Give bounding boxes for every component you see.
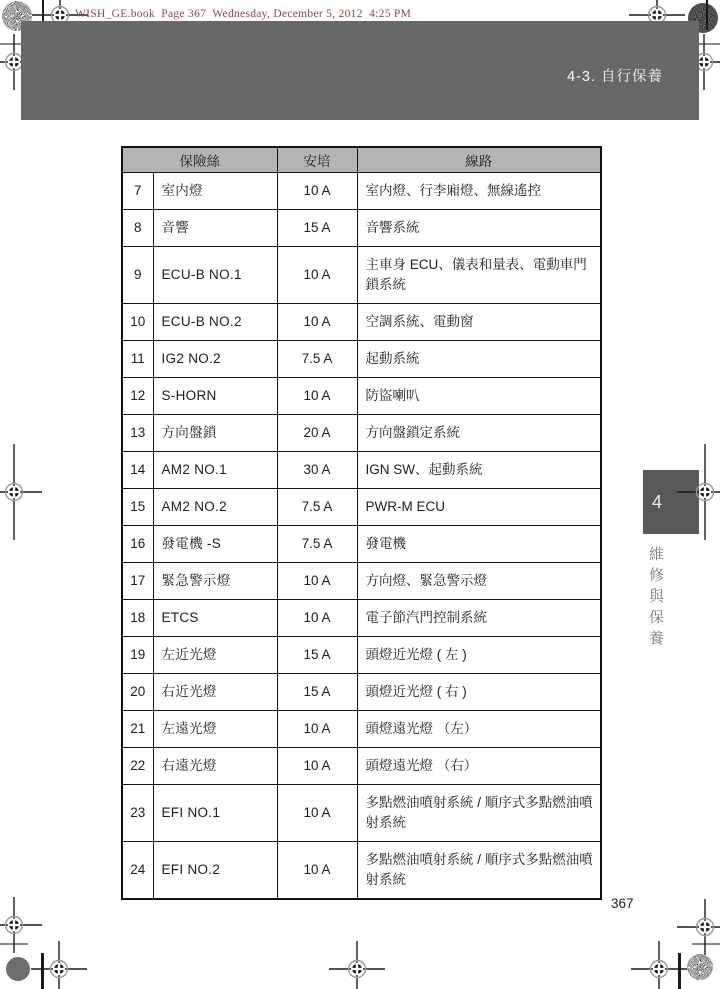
fuse-number: 20 [122, 673, 153, 710]
crosshair-registration-icon [329, 941, 385, 989]
fuse-name: 左近光燈 [153, 636, 277, 673]
fuse-name: 右遠光燈 [153, 747, 277, 784]
fuse-circuit: 室内燈、行李廂燈、無線遙控 [357, 172, 601, 209]
fuse-circuit: 空調系統、電動窗 [357, 303, 601, 340]
fuse-name: EFI NO.1 [153, 784, 277, 841]
print-header: WISH_GE.book Page 367 Wednesday, Decembe… [75, 8, 411, 20]
fuse-amperage: 10 A [277, 303, 357, 340]
fuse-circuit: 起動系統 [357, 340, 601, 377]
fuse-amperage: 10 A [277, 784, 357, 841]
fuse-amperage: 10 A [277, 246, 357, 303]
table-row: 22右遠光燈10 A頭燈遠光燈 （右） [122, 747, 601, 784]
column-header-amp: 安培 [277, 147, 357, 172]
fuse-number: 18 [122, 599, 153, 636]
fuse-name: S-HORN [153, 377, 277, 414]
table-row: 17緊急警示燈10 A方向燈、緊急警示燈 [122, 562, 601, 599]
fuse-amperage: 10 A [277, 747, 357, 784]
fuse-amperage: 10 A [277, 562, 357, 599]
fuse-circuit: 頭燈近光燈 ( 右 ) [357, 673, 601, 710]
fuse-circuit: 多點燃油噴射系統 / 順序式多點燃油噴射系統 [357, 784, 601, 841]
fuse-name: 右近光燈 [153, 673, 277, 710]
fuse-name: 室内燈 [153, 172, 277, 209]
chapter-band: 4-3. 自行保養 [21, 21, 699, 120]
fuse-number: 9 [122, 246, 153, 303]
table-row: 14AM2 NO.130 AIGN SW、起動系統 [122, 451, 601, 488]
table-row: 18ETCS10 A電子節汽門控制系統 [122, 599, 601, 636]
table-row: 23EFI NO.110 A多點燃油噴射系統 / 順序式多點燃油噴射系統 [122, 784, 601, 841]
fuse-number: 7 [122, 172, 153, 209]
fuse-circuit: 防盜喇叭 [357, 377, 601, 414]
solid-registration-icon [6, 957, 30, 981]
fuse-amperage: 15 A [277, 209, 357, 246]
column-header-circuit: 線路 [357, 147, 601, 172]
table-row: 9ECU-B NO.110 A主車身 ECU、儀表和量表、電動車門鎖系統 [122, 246, 601, 303]
fuse-number: 22 [122, 747, 153, 784]
section-header: 4-3. 自行保養 [567, 65, 663, 86]
fuse-number: 14 [122, 451, 153, 488]
crosshair-registration-icon [0, 444, 42, 540]
fuse-number: 12 [122, 377, 153, 414]
fuse-circuit: 電子節汽門控制系統 [357, 599, 601, 636]
fuse-circuit: PWR-M ECU [357, 488, 601, 525]
fuse-amperage: 7.5 A [277, 488, 357, 525]
fuse-number: 17 [122, 562, 153, 599]
crosshair-registration-icon [31, 941, 87, 989]
fuse-number: 10 [122, 303, 153, 340]
fuse-table-header: 保險絲 安培 線路 [122, 147, 601, 172]
fuse-amperage: 10 A [277, 172, 357, 209]
fuse-amperage: 20 A [277, 414, 357, 451]
fuse-amperage: 10 A [277, 377, 357, 414]
fuse-amperage: 30 A [277, 451, 357, 488]
fuse-circuit: 音響系統 [357, 209, 601, 246]
table-row: 8音響15 A音響系統 [122, 209, 601, 246]
table-row: 13方向盤鎖20 A方向盤鎖定系統 [122, 414, 601, 451]
fuse-table: 保險絲 安培 線路 7室内燈10 A室内燈、行李廂燈、無線遙控8音響15 A音響… [121, 146, 602, 900]
crosshair-registration-icon [677, 444, 720, 540]
fuse-circuit: 頭燈近光燈 ( 左 ) [357, 636, 601, 673]
table-row: 11IG2 NO.27.5 A起動系統 [122, 340, 601, 377]
fuse-table-grid: 保險絲 安培 線路 7室内燈10 A室内燈、行李廂燈、無線遙控8音響15 A音響… [121, 146, 602, 900]
fuse-name: AM2 NO.2 [153, 488, 277, 525]
fuse-circuit: 方向盤鎖定系統 [357, 414, 601, 451]
fuse-amperage: 15 A [277, 673, 357, 710]
fuse-name: 左遠光燈 [153, 710, 277, 747]
fuse-circuit: 發電機 [357, 525, 601, 562]
fuse-number: 8 [122, 209, 153, 246]
crosshair-registration-icon [677, 899, 720, 955]
fuse-number: 13 [122, 414, 153, 451]
fuse-amperage: 7.5 A [277, 525, 357, 562]
chapter-tab-label: 維修與保養 [645, 546, 666, 676]
fuse-circuit: 主車身 ECU、儀表和量表、電動車門鎖系統 [357, 246, 601, 303]
fuse-name: IG2 NO.2 [153, 340, 277, 377]
fuse-amperage: 10 A [277, 841, 357, 899]
fuse-name: 音響 [153, 209, 277, 246]
table-row: 24EFI NO.210 A多點燃油噴射系統 / 順序式多點燃油噴射系統 [122, 841, 601, 899]
fuse-table-body: 7室内燈10 A室内燈、行李廂燈、無線遙控8音響15 A音響系統9ECU-B N… [122, 172, 601, 899]
header-row: 保險絲 安培 線路 [122, 147, 601, 172]
fuse-amperage: 15 A [277, 636, 357, 673]
fuse-number: 19 [122, 636, 153, 673]
fuse-circuit: 方向燈、緊急警示燈 [357, 562, 601, 599]
fuse-amperage: 10 A [277, 710, 357, 747]
fuse-amperage: 7.5 A [277, 340, 357, 377]
fuse-name: ETCS [153, 599, 277, 636]
fuse-number: 11 [122, 340, 153, 377]
fuse-name: EFI NO.2 [153, 841, 277, 899]
table-row: 7室内燈10 A室内燈、行李廂燈、無線遙控 [122, 172, 601, 209]
fuse-number: 23 [122, 784, 153, 841]
sunburst-registration-icon [687, 954, 713, 980]
table-row: 15AM2 NO.27.5 APWR-M ECU [122, 488, 601, 525]
fuse-name: ECU-B NO.1 [153, 246, 277, 303]
fuse-number: 15 [122, 488, 153, 525]
fuse-number: 24 [122, 841, 153, 899]
fuse-name: 發電機 -S [153, 525, 277, 562]
fuse-number: 16 [122, 525, 153, 562]
table-row: 19左近光燈15 A頭燈近光燈 ( 左 ) [122, 636, 601, 673]
table-row: 10ECU-B NO.210 A空調系統、電動窗 [122, 303, 601, 340]
fuse-number: 21 [122, 710, 153, 747]
fuse-name: ECU-B NO.2 [153, 303, 277, 340]
column-header-fuse: 保險絲 [122, 147, 277, 172]
fuse-name: 緊急警示燈 [153, 562, 277, 599]
fuse-circuit: 頭燈遠光燈 （右） [357, 747, 601, 784]
table-row: 16發電機 -S7.5 A發電機 [122, 525, 601, 562]
page-number: 367 [611, 896, 634, 911]
trim-line [706, 0, 708, 30]
fuse-circuit: IGN SW、起動系統 [357, 451, 601, 488]
fuse-name: AM2 NO.1 [153, 451, 277, 488]
fuse-name: 方向盤鎖 [153, 414, 277, 451]
fuse-circuit: 頭燈遠光燈 （左） [357, 710, 601, 747]
manual-page: WISH_GE.book Page 367 Wednesday, Decembe… [0, 0, 720, 989]
table-row: 21左遠光燈10 A頭燈遠光燈 （左） [122, 710, 601, 747]
fuse-circuit: 多點燃油噴射系統 / 順序式多點燃油噴射系統 [357, 841, 601, 899]
fuse-amperage: 10 A [277, 599, 357, 636]
table-row: 12S-HORN10 A防盜喇叭 [122, 377, 601, 414]
table-row: 20右近光燈15 A頭燈近光燈 ( 右 ) [122, 673, 601, 710]
